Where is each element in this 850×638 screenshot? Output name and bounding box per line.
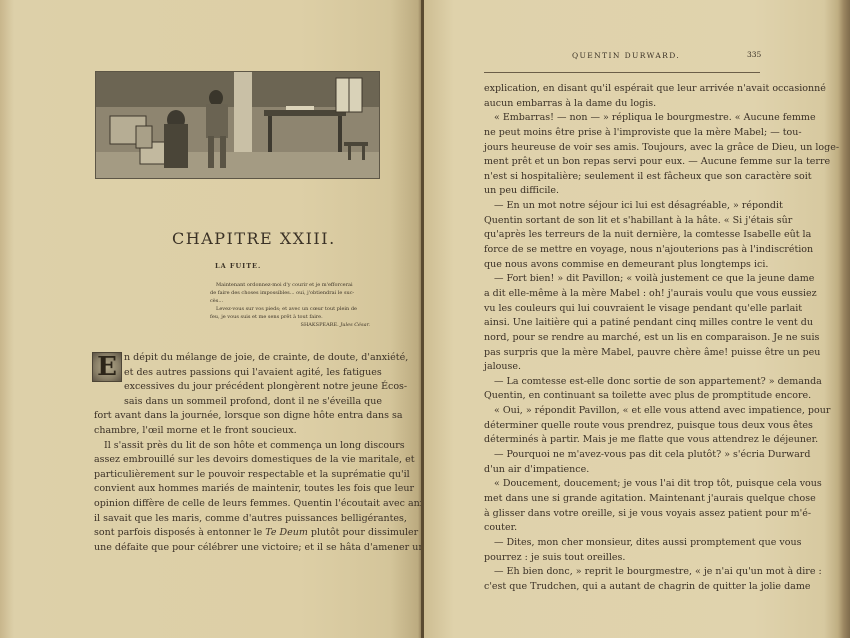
text-line: sont parfois disposés à entonner le Te D…: [94, 526, 379, 541]
epigraph-line: Maintenant ordonnez-moi d'y courir et je…: [210, 281, 370, 289]
text-line: et des autres passions qui l'avaient agi…: [94, 366, 379, 381]
page-number: 335: [747, 50, 761, 59]
text-line: Quentin, en continuant sa toilette avec …: [484, 389, 766, 404]
text-line: Il s'assit près du lit de son hôte et co…: [94, 439, 379, 454]
open-book-spread: CHAPITRE XXIII. LA FUITE. Maintenant ord…: [0, 0, 850, 638]
text-line: fort avant dans la journée, lorsque son …: [94, 409, 379, 424]
epigraph-line: Levez-vous sur vos pieds; et avec un cœu…: [210, 305, 370, 313]
text-line: ainsi. Une laitière qui a patiné pendant…: [484, 316, 766, 331]
text-line: un peu difficile.: [484, 184, 766, 199]
chapter-title: CHAPITRE XXIII.: [172, 229, 336, 248]
text-line: n'est si hospitalière; seulement il est …: [484, 170, 766, 185]
text-line: ment prêt et un bon repas servi pour eux…: [484, 155, 766, 170]
text-line: explication, en disant qu'il espérait qu…: [484, 82, 766, 97]
text-line: assez embrouillé sur les devoirs domesti…: [94, 453, 379, 468]
text-line: excessives du jour précédent plongèrent …: [94, 380, 379, 395]
text-line: d'un air d'impatience.: [484, 463, 766, 478]
text-line: « Embarras! — non — » répliqua le bourgm…: [484, 111, 766, 126]
text-line: ne peut moins être prise à l'improviste …: [484, 126, 766, 141]
text-line: force de se mettre en voyage, nous n'ajo…: [484, 243, 766, 258]
epigraph-author: SHAKSPEARE.: [301, 322, 339, 328]
epigraph: Maintenant ordonnez-moi d'y courir et je…: [210, 281, 370, 329]
text-line: particulièrement sur le pouvoir respecta…: [94, 468, 379, 483]
text-line: c'est que Trudchen, qui a autant de chag…: [484, 580, 766, 595]
text-line: couter.: [484, 521, 766, 536]
text-line: opinion diffère de celle de leurs femmes…: [94, 497, 379, 512]
text-line: pourrez : je suis tout oreilles.: [484, 551, 766, 566]
text-line: Quentin sortant de son lit et s'habillan…: [484, 214, 766, 229]
text-line: vu les couleurs qui lui couvraient le vi…: [484, 302, 766, 317]
text-line: — En un mot notre séjour ici lui est dés…: [484, 199, 766, 214]
text-line: il savait que les maris, comme d'autres …: [94, 512, 379, 527]
text-line: — Fort bien! » dit Pavillon; « voilà jus…: [484, 272, 766, 287]
header-rule: [484, 72, 760, 73]
epigraph-line: feu, je vous suis et me sens prêt à tout…: [210, 313, 370, 321]
left-body-text: n dépit du mélange de joie, de crainte, …: [94, 351, 379, 555]
text-line: met dans une si grande agitation. Mainte…: [484, 492, 766, 507]
running-head: QUENTIN DURWARD.: [572, 51, 680, 60]
text-line: — La comtesse est-elle donc sortie de so…: [484, 375, 766, 390]
text-line: sais dans un sommeil profond, dont il ne…: [94, 395, 379, 410]
text-line: à glisser dans votre oreille, si je vous…: [484, 507, 766, 522]
text-line: convient aux hommes mariés de maintenir,…: [94, 482, 379, 497]
italic-text: Te Deum: [265, 527, 308, 538]
text-line: n dépit du mélange de joie, de crainte, …: [94, 351, 379, 366]
text-segment: plutôt pour dissimuler: [308, 527, 418, 538]
epigraph-line: cès...: [210, 297, 370, 305]
text-line: « Doucement, doucement; je vous l'ai dit…: [484, 477, 766, 492]
text-line: déterminer quelle route vous prendrez, p…: [484, 419, 766, 434]
text-line: — Dites, mon cher monsieur, dites aussi …: [484, 536, 766, 551]
chapter-illustration: [95, 71, 380, 179]
right-body-text: explication, en disant qu'il espérait qu…: [484, 82, 766, 594]
epigraph-attribution: SHAKSPEARE. Jules César.: [210, 321, 370, 329]
text-line: jours heureuse de voir ses amis. Toujour…: [484, 141, 766, 156]
epigraph-work: Jules César.: [340, 322, 370, 328]
text-line: — Eh bien donc, » reprit le bourgmestre,…: [484, 565, 766, 580]
text-line: qu'après les terreurs de la nuit dernièr…: [484, 228, 766, 243]
left-page: CHAPITRE XXIII. LA FUITE. Maintenant ord…: [0, 0, 422, 638]
text-line: que nous avons commise en demeurant plus…: [484, 258, 766, 273]
text-line: « Oui, » répondit Pavillon, « et elle vo…: [484, 404, 766, 419]
text-line: aucun embarras à la dame du logis.: [484, 97, 766, 112]
text-line: déterminés à partir. Mais je me flatte q…: [484, 433, 766, 448]
engraving-image: [96, 72, 379, 178]
section-title: LA FUITE.: [215, 262, 261, 270]
text-line: jalouse.: [484, 360, 766, 375]
text-line: nord, pour se rendre au marché, est un l…: [484, 331, 766, 346]
text-segment: sont parfois disposés à entonner le: [94, 527, 265, 538]
epigraph-line: de faire des choses impossibles... oui, …: [210, 289, 370, 297]
text-line: pas surpris que la mère Mabel, pauvre ch…: [484, 346, 766, 361]
text-line: a dit elle-même à la mère Mabel : oh! j'…: [484, 287, 766, 302]
text-line: une défaite que pour célébrer une victoi…: [94, 541, 379, 556]
text-line: chambre, l'œil morne et le front soucieu…: [94, 424, 379, 439]
text-line: — Pourquoi ne m'avez-vous pas dit cela p…: [484, 448, 766, 463]
